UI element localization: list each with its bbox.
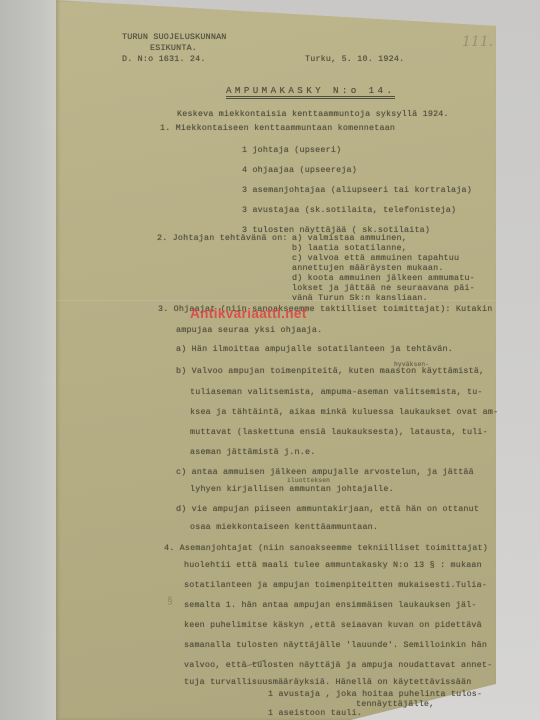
- section-3-item-c-cont: lyhyen kirjallisen ammuntan johtajalle.: [190, 484, 394, 494]
- section-3-item-b-cont: aseman jättämistä j.n.e.: [190, 447, 315, 457]
- section-4-text: keen puhelimitse käskyn ,että seiaavan k…: [184, 620, 482, 630]
- section-3-intro-cont: ampujaa seuraa yksi ohjaaja.: [176, 325, 322, 335]
- section-2-item: lokset ja jättää ne seuraavana päi-: [292, 283, 475, 293]
- section-4-text: 1 aseistoon tauli.: [268, 708, 362, 718]
- section-3-item-d-cont: osaa miekkontaiseen kenttäammuntaan.: [190, 522, 378, 532]
- document-subtitle: Keskeva miekkontaisia kenttaammuntoja sy…: [177, 109, 449, 119]
- paper-fold-line: [56, 300, 496, 301]
- section-3-item-a: a) Hän ilmoittaa ampujalle sotatilanteen…: [176, 344, 453, 354]
- section-4-text: semalta 1. hän antaa ampujan ensimmäisen…: [184, 600, 477, 610]
- typewritten-document-sheet: [56, 0, 496, 720]
- personnel-item: 3 avustajaa (sk.sotilaita, telefonisteja…: [242, 205, 456, 215]
- margin-mark: §: [167, 597, 173, 608]
- section-3-item-d: d) vie ampujan piiseen ammuntakirjaan, e…: [176, 504, 479, 514]
- document-title: AMPUMAKASKY N:o 14.: [226, 86, 395, 99]
- section-4-text: tuja turvallisuusmääräyksiä. Hänellä on …: [184, 677, 471, 687]
- section-2-item: c) valvoa että ammuinen tapahtuu: [292, 253, 459, 263]
- section-3-item-b: b) Valvoo ampujan toimenpiteitä, kuten m…: [176, 366, 484, 376]
- header-org-line1: TURUN SUOJELUSKUNNAN: [122, 32, 227, 42]
- personnel-item: 3 asemanjohtajaa (aliupseeri tai kortral…: [242, 185, 472, 195]
- section-2-item: annettujen määräysten mukaan.: [292, 263, 444, 273]
- section-1-heading: 1. Miekkontaiseen kenttaammuntaan komenn…: [160, 123, 395, 133]
- watermark: Antikvariaatti.net: [190, 306, 307, 321]
- section-2-item: vänä Turun Sk:n kansliaan.: [292, 293, 428, 303]
- section-4-text: valvoo, että tulosten näyttäjä ja ampuja…: [184, 660, 492, 670]
- background-wall: [0, 0, 56, 720]
- section-2-item: d) koota ammuinen jälkeen ammumatu-: [292, 273, 475, 283]
- pencil-annotation: 111.: [462, 34, 493, 50]
- section-4-text: tennäyttäjälle,: [356, 699, 434, 709]
- section-4-text: 1 avustaja , joka hoitaa puhelinta tulos…: [268, 689, 482, 699]
- section-3-item-b-cont: ksea ja tähtäintä, aikaa minkä kuluessa …: [190, 407, 498, 417]
- personnel-item: 1 johtaja (upseeri): [242, 145, 341, 155]
- section-4-heading: 4. Asemanjohtajat (niin sanoakseemme tek…: [164, 543, 488, 553]
- header-org-line2: ESIKUNTA.: [150, 43, 197, 53]
- section-2-item: b) laatia sotatilanne,: [292, 243, 407, 253]
- section-3-item-b-cont: tuliaseman valitsemista, ampuma-aseman v…: [190, 387, 483, 397]
- header-doc-number: D. N:o 1631. 24.: [122, 54, 206, 64]
- section-4-text: sotatilanteen ja ampujan toimenpiteitten…: [184, 580, 487, 590]
- section-4-text: huolehtii että maali tulee ammuntakasky …: [184, 560, 482, 570]
- section-2-item: a) valmistaa ammuinen,: [292, 233, 407, 243]
- section-2-heading: 2. Johtajan tehtävänä on:: [157, 233, 288, 243]
- section-4-text: samanalla tulosten näyttäjälle 'lauunde'…: [184, 640, 487, 650]
- header-place-date: Turku, 5. 10. 1924.: [305, 54, 404, 64]
- personnel-item: 4 ohjaajaa (upseereja): [242, 165, 357, 175]
- section-3-item-b-cont: muttavat (laskettuna ensiä laukauksesta)…: [190, 427, 488, 437]
